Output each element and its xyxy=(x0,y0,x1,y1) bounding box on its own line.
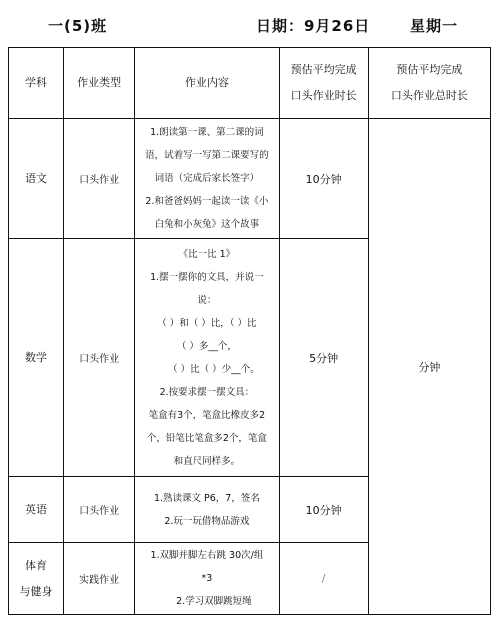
content-line: 2.按要求摆一摆文具： xyxy=(135,381,278,404)
content-line: 个，铅笔比笔盒多2个，笔盒 xyxy=(135,427,278,450)
content-line: 1.双脚并脚左右跳 30次/组 xyxy=(135,544,278,567)
weekday: 星期一 xyxy=(410,15,458,36)
table-row-chinese: 语文 口头作业 1.朗读第一课、第二课的词 语，试着写一写第二课要写的 词语（完… xyxy=(9,119,491,239)
content-line: 和直尺同样多。 xyxy=(135,450,278,473)
content-line: （ ）和（ ）比，（ ）比 xyxy=(135,312,278,335)
content-line: （ ）多__个， xyxy=(135,335,278,358)
header-subject: 学科 xyxy=(9,48,64,119)
time-cell: 10分钟 xyxy=(279,477,368,543)
content-line: 语，试着写一写第二课要写的 xyxy=(135,144,278,167)
header-type: 作业类型 xyxy=(64,48,135,119)
table-header-row: 学科 作业类型 作业内容 预估平均完成 口头作业时长 预估平均完成 口头作业总时… xyxy=(9,48,491,119)
content-line: 2.和爸爸妈妈一起读一读《小 xyxy=(135,190,278,213)
title-row: 一(5)班 日期：9月26日 星期一 xyxy=(0,8,500,38)
subject-cell: 语文 xyxy=(9,119,64,239)
subject-cell: 数学 xyxy=(9,239,64,477)
content-cell: 1.朗读第一课、第二课的词 语，试着写一写第二课要写的 词语（完成后家长签字） … xyxy=(135,119,279,239)
type-cell: 口头作业 xyxy=(64,477,135,543)
subject-line1: 体育 xyxy=(9,553,63,579)
type-cell: 口头作业 xyxy=(64,119,135,239)
content-cell: 1.熟读课文 P6，7，签名 2.玩一玩借物品游戏 xyxy=(135,477,279,543)
header-time: 预估平均完成 口头作业时长 xyxy=(279,48,368,119)
content-line: 1.摆一摆你的文具，并说一 xyxy=(135,266,278,289)
header-total: 预估平均完成 口头作业总时长 xyxy=(368,48,490,119)
content-line: 1.朗读第一课、第二课的词 xyxy=(135,121,278,144)
type-cell: 口头作业 xyxy=(64,239,135,477)
content-line: 词语（完成后家长签字） xyxy=(135,167,278,190)
content-cell: 《比一比 1》 1.摆一摆你的文具，并说一 说： （ ）和（ ）比，（ ）比 （… xyxy=(135,239,279,477)
time-cell: 10分钟 xyxy=(279,119,368,239)
header-total-line1: 预估平均完成 xyxy=(369,57,490,83)
type-cell: 实践作业 xyxy=(64,543,135,615)
content-line: 2.玩一玩借物品游戏 xyxy=(135,510,278,533)
homework-table: 学科 作业类型 作业内容 预估平均完成 口头作业时长 预估平均完成 口头作业总时… xyxy=(8,47,491,615)
content-line: 《比一比 1》 xyxy=(135,243,278,266)
time-cell: 5分钟 xyxy=(279,239,368,477)
header-total-line2: 口头作业总时长 xyxy=(369,83,490,109)
content-line: （ ）比（ ）少__个。 xyxy=(135,358,278,381)
header-time-line2: 口头作业时长 xyxy=(280,83,368,109)
total-time-cell: 分钟 xyxy=(368,119,490,615)
time-cell: / xyxy=(279,543,368,615)
content-line: 1.熟读课文 P6，7，签名 xyxy=(135,487,278,510)
content-line: 白兔和小灰兔》这个故事 xyxy=(135,213,278,236)
content-line: *3 xyxy=(135,567,278,590)
content-line: 笔盒有3个，笔盒比橡皮多2 xyxy=(135,404,278,427)
content-cell: 1.双脚并脚左右跳 30次/组 *3 2.学习双脚跳短绳 xyxy=(135,543,279,615)
subject-cell: 体育 与健身 xyxy=(9,543,64,615)
subject-cell: 英语 xyxy=(9,477,64,543)
date-label: 日期：9月26日 xyxy=(256,15,370,36)
content-line: 2.学习双脚跳短绳 xyxy=(135,590,278,613)
header-time-line1: 预估平均完成 xyxy=(280,57,368,83)
header-content: 作业内容 xyxy=(135,48,279,119)
class-name: 一(5)班 xyxy=(48,15,107,36)
content-line: 说： xyxy=(135,289,278,312)
subject-line2: 与健身 xyxy=(9,579,63,605)
